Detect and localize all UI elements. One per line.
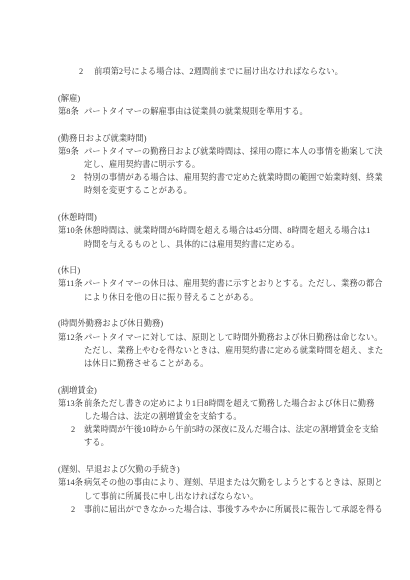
article-item: 第8条 パートタイマーの解雇事由は従業員の就業規則を準用する。 <box>58 105 376 118</box>
article-item: 第12条 パートタイマーに対しては、原則として時間外勤務および休日勤務は命じない… <box>58 331 376 371</box>
clause-body: 事前に届出ができなかった場合は、事後すみやかに所属長に報告して承認を得る <box>84 503 376 516</box>
article-number: 第12条 <box>58 331 84 344</box>
article-number: 第10条 <box>58 224 84 237</box>
clause-body: 就業時間が午後10時から午前5時の深夜に及んだ場合は、法定の割増賃金を支給 する… <box>84 423 376 449</box>
text-line: 時刻を変更することがある。 <box>84 184 376 197</box>
article-number: 第13条 <box>58 397 84 410</box>
section-heading: (割増賃金) <box>58 384 376 397</box>
text-line: 時間を与えるものとし、具体的には雇用契約書に定める。 <box>84 238 376 251</box>
text-line: パートタイマーの解雇事由は従業員の就業規則を準用する。 <box>84 105 376 118</box>
section-heading: (解雇) <box>58 92 376 105</box>
article-number: 第11条 <box>58 277 84 290</box>
text-line: により休日を他の日に振り替えることがある。 <box>84 291 376 304</box>
article-number: 第9条 <box>58 145 84 158</box>
text-line: は休日に勤務させることがある。 <box>84 357 376 370</box>
section-dismissal: (解雇) 第8条 パートタイマーの解雇事由は従業員の就業規則を準用する。 <box>58 92 376 118</box>
section-premium-wages: (割増賃金) 第13条 前条ただし書きの定めにより1日8時間を超えて勤務した場合… <box>58 384 376 450</box>
article-item: 第9条 パートタイマーの勤務日および就業時間は、採用の際に本人の事情を勘案して決… <box>58 145 376 171</box>
text-line: した場合は、法定の割増賃金を支給する。 <box>84 410 376 423</box>
text-line: 休憩時間は、就業時間が6時間を超える場合は45分間、8時間を超える場合は1 <box>84 224 376 237</box>
article-body: 病気その他の事由により、遅刻、早退または欠勤をしようとするときは、原則と して事… <box>84 476 376 502</box>
article-body: パートタイマーに対しては、原則として時間外勤務および休日勤務は命じない。 ただし… <box>84 331 376 371</box>
article-item: 第14条 病気その他の事由により、遅刻、早退または欠勤をしようとするときは、原則… <box>58 476 376 502</box>
text-line: 就業時間が午後10時から午前5時の深夜に及んだ場合は、法定の割増賃金を支給 <box>84 423 376 436</box>
section-workdays-hours: (勤務日および就業時間) 第9条 パートタイマーの勤務日および就業時間は、採用の… <box>58 132 376 198</box>
section-heading: (勤務日および就業時間) <box>58 132 376 145</box>
clause-number: 2 <box>71 503 84 516</box>
text-line: ただし、業務上やむを得ないときは、雇用契約書に定める就業時間を超え、また <box>84 344 376 357</box>
section-lateness-absence-procedure: (遅刻、早退および欠勤の手続き) 第14条 病気その他の事由により、遅刻、早退ま… <box>58 463 376 516</box>
clause-number: 2 <box>71 171 84 184</box>
clause-body: 前項第2号による場合は、2週間前までに届け出なければならない。 <box>94 65 376 78</box>
text-line: 事前に届出ができなかった場合は、事後すみやかに所属長に報告して承認を得る <box>84 503 376 516</box>
text-line: パートタイマーの休日は、雇用契約書に示すとおりとする。ただし、業務の都合 <box>84 277 376 290</box>
clause-body: 特別の事情がある場合は、雇用契約書で定めた就業時間の範囲で始業時刻、終業 時刻を… <box>84 171 376 197</box>
section-holidays: (休日) 第11条 パートタイマーの休日は、雇用契約書に示すとおりとする。ただし… <box>58 264 376 304</box>
section-heading: (時間外勤務および休日勤務) <box>58 317 376 330</box>
article-body: パートタイマーの勤務日および就業時間は、採用の際に本人の事情を勘案して決 定し、… <box>84 145 376 171</box>
article-body: 休憩時間は、就業時間が6時間を超える場合は45分間、8時間を超える場合は1 時間… <box>84 224 376 250</box>
clause-item: 2 特別の事情がある場合は、雇用契約書で定めた就業時間の範囲で始業時刻、終業 時… <box>71 171 376 197</box>
text-line: 定し、雇用契約書に明示する。 <box>84 158 376 171</box>
section-heading: (遅刻、早退および欠勤の手続き) <box>58 463 376 476</box>
clause-number: 2 <box>79 65 94 78</box>
clause-item: 2 事前に届出ができなかった場合は、事後すみやかに所属長に報告して承認を得る <box>71 503 376 516</box>
article-body: パートタイマーの休日は、雇用契約書に示すとおりとする。ただし、業務の都合 により… <box>84 277 376 303</box>
clause-number: 2 <box>71 423 84 436</box>
article-number: 第14条 <box>58 476 84 489</box>
article-item: 第10条 休憩時間は、就業時間が6時間を超える場合は45分間、8時間を超える場合… <box>58 224 376 250</box>
article-item: 第13条 前条ただし書きの定めにより1日8時間を超えて勤務した場合および休日に勤… <box>58 397 376 423</box>
article-body: パートタイマーの解雇事由は従業員の就業規則を準用する。 <box>84 105 376 118</box>
section-heading: (休憩時間) <box>58 211 376 224</box>
clause-item: 2 前項第2号による場合は、2週間前までに届け出なければならない。 <box>79 65 376 78</box>
text-line: 前条ただし書きの定めにより1日8時間を超えて勤務した場合および休日に勤務 <box>84 397 376 410</box>
section-break-time: (休憩時間) 第10条 休憩時間は、就業時間が6時間を超える場合は45分間、8時… <box>58 211 376 251</box>
text-line: パートタイマーに対しては、原則として時間外勤務および休日勤務は命じない。 <box>84 331 376 344</box>
section-overtime-holiday-work: (時間外勤務および休日勤務) 第12条 パートタイマーに対しては、原則として時間… <box>58 317 376 370</box>
text-line: 病気その他の事由により、遅刻、早退または欠勤をしようとするときは、原則と <box>84 476 376 489</box>
text-line: して事前に所属長に申し出なければならない。 <box>84 490 376 503</box>
text-line: 前項第2号による場合は、2週間前までに届け出なければならない。 <box>94 65 376 78</box>
text-line: パートタイマーの勤務日および就業時間は、採用の際に本人の事情を勘案して決 <box>84 145 376 158</box>
text-line: する。 <box>84 436 376 449</box>
article-body: 前条ただし書きの定めにより1日8時間を超えて勤務した場合および休日に勤務 した場… <box>84 397 376 423</box>
article-number: 第8条 <box>58 105 84 118</box>
text-line: 特別の事情がある場合は、雇用契約書で定めた就業時間の範囲で始業時刻、終業 <box>84 171 376 184</box>
article-item: 第11条 パートタイマーの休日は、雇用契約書に示すとおりとする。ただし、業務の都… <box>58 277 376 303</box>
section-prev-article-item: 2 前項第2号による場合は、2週間前までに届け出なければならない。 <box>58 65 376 78</box>
section-heading: (休日) <box>58 264 376 277</box>
clause-item: 2 就業時間が午後10時から午前5時の深夜に及んだ場合は、法定の割増賃金を支給 … <box>71 423 376 449</box>
document-page: 2 前項第2号による場合は、2週間前までに届け出なければならない。 (解雇) 第… <box>0 0 410 580</box>
